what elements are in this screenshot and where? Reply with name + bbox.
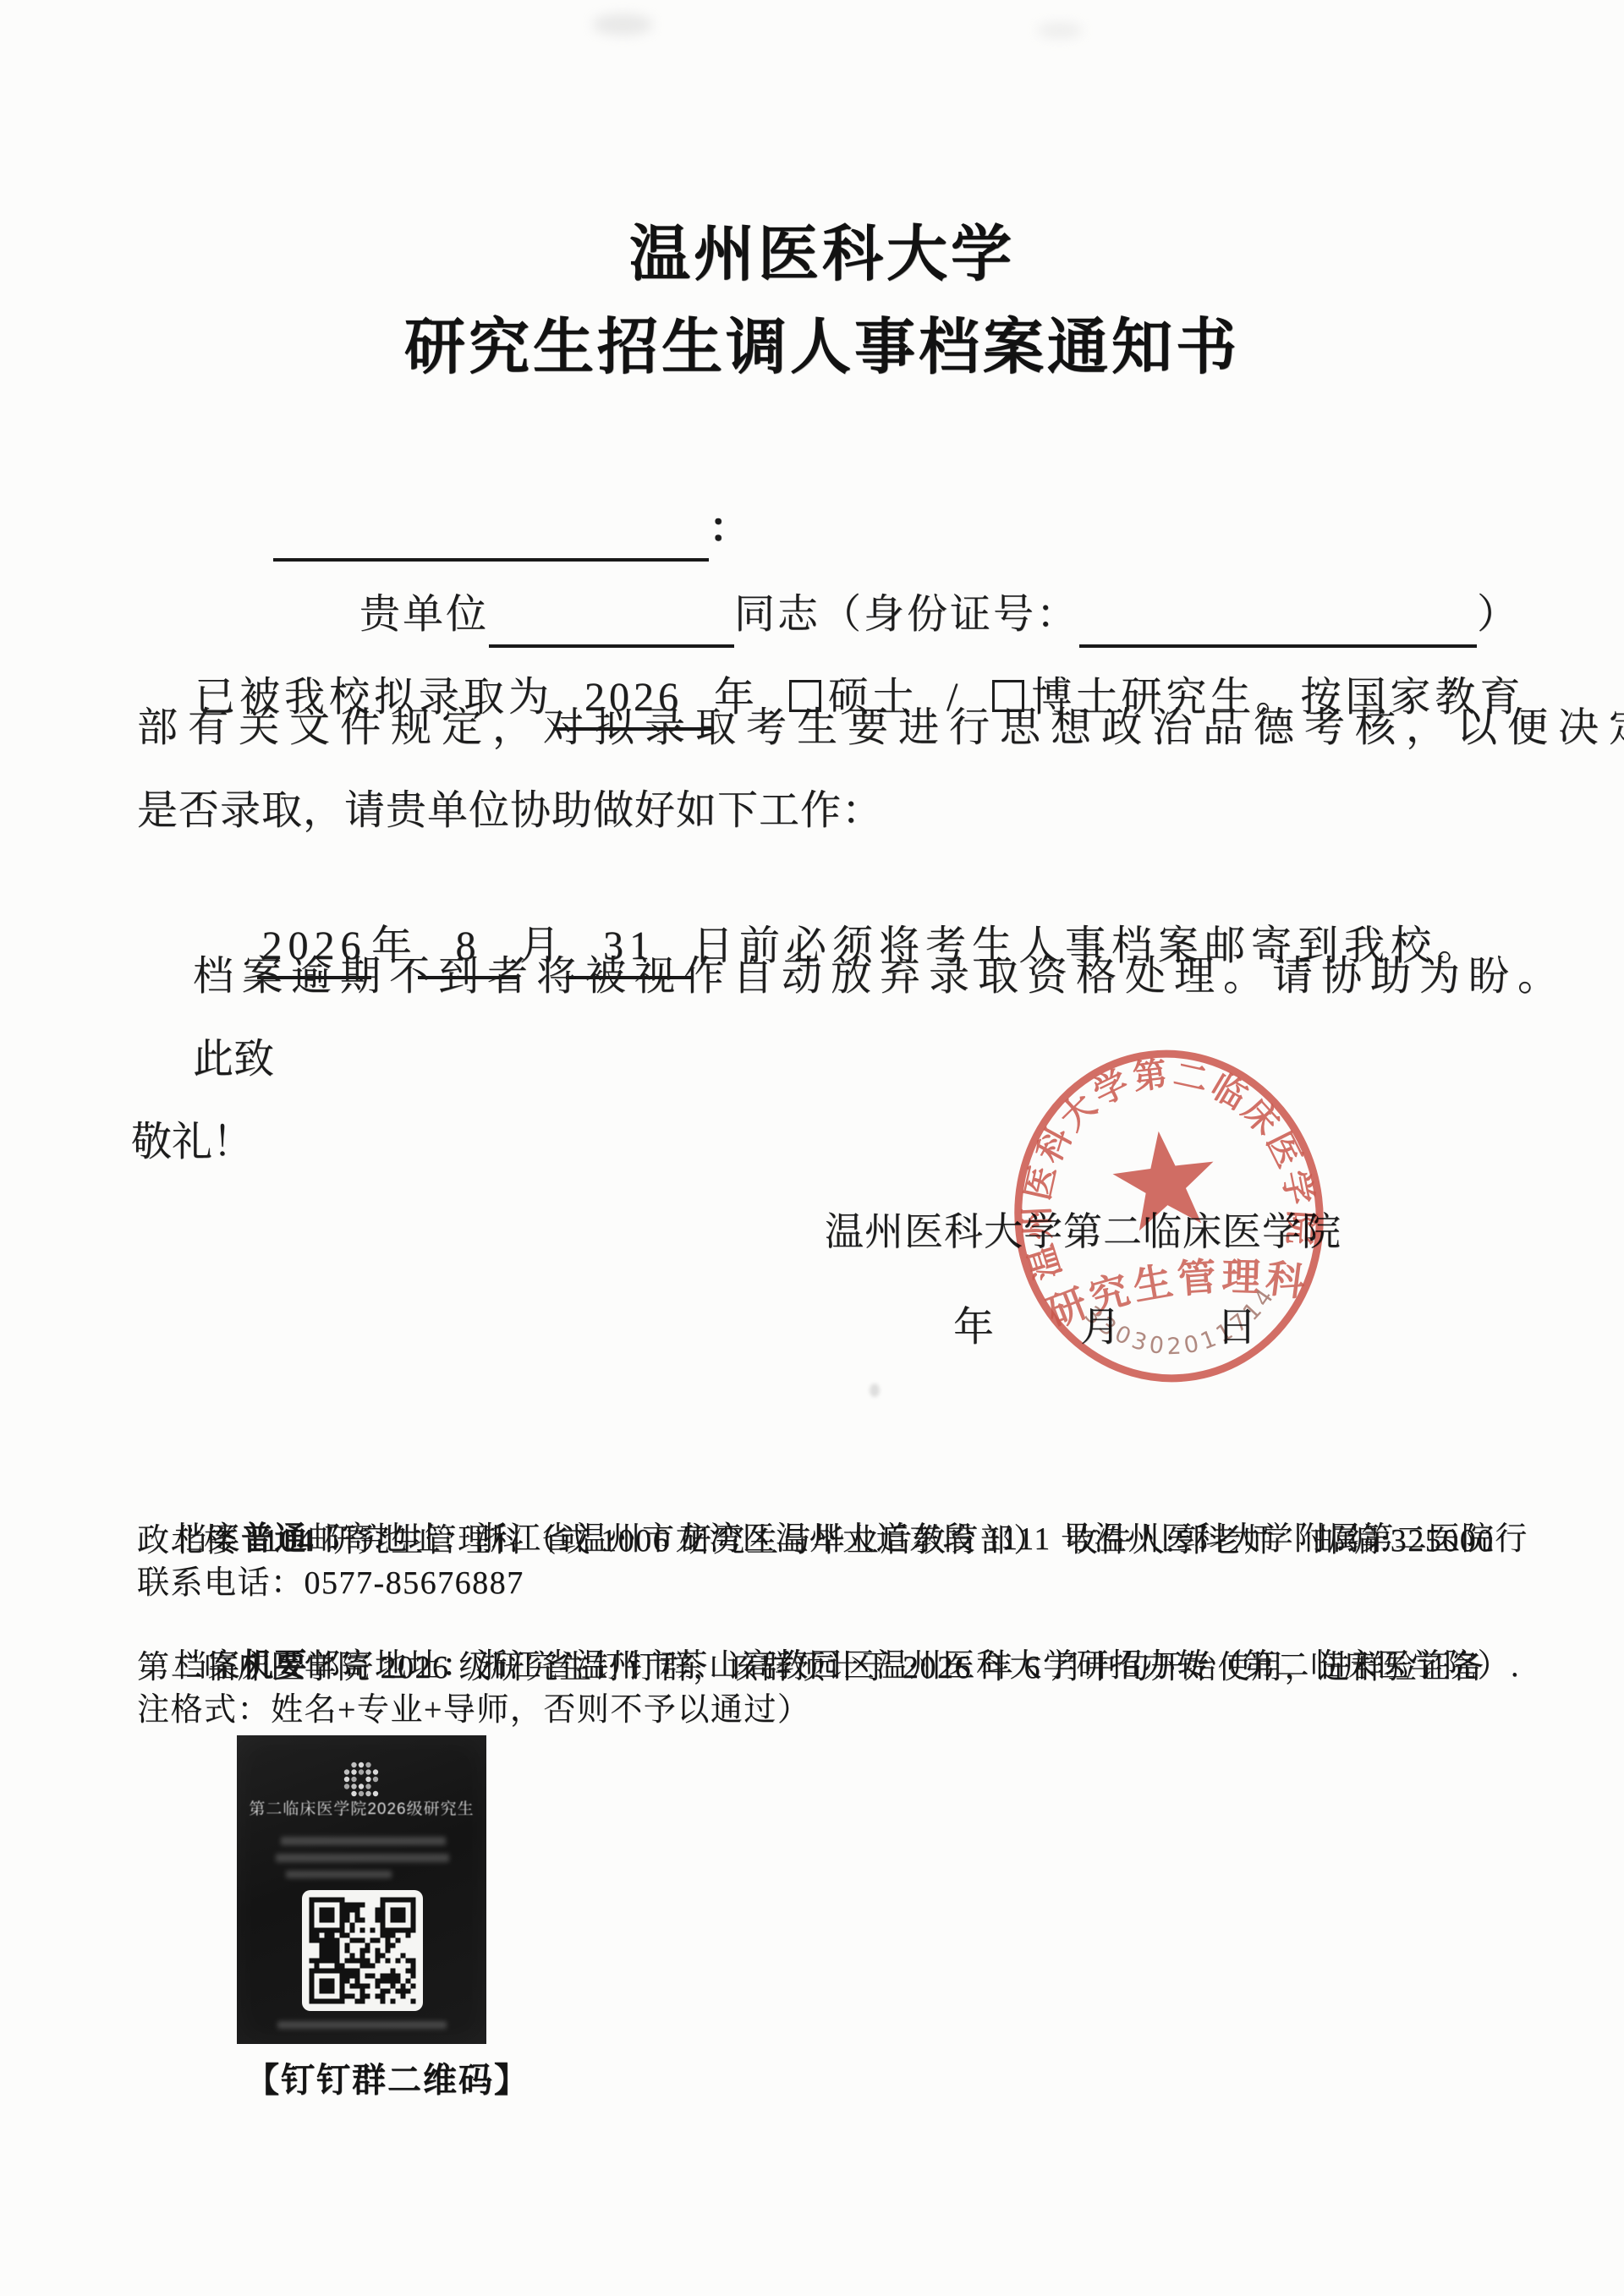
seal-center-text: 研究生管理科 xyxy=(1039,1241,1317,1336)
scan-smudge xyxy=(592,14,653,36)
footer-line-6: 注格式：姓名+专业+导师，否则不予以通过） xyxy=(137,1690,810,1730)
date-year-label: 年 xyxy=(953,1294,994,1352)
dingtalk-logo-icon xyxy=(341,1759,381,1800)
para-line-3: 是否录取，请贵单位协助做好如下工作： xyxy=(137,785,883,837)
qr-card-title: 第二临床医学院2026级研究生 xyxy=(237,1796,486,1819)
scanned-notice-page: 温州医科大学 研究生招生调人事档案通知书 ： 贵单位 同志（身份证号： ） 已被… xyxy=(0,0,1624,2296)
footer-line-3: 联系电话：0577-85676887 xyxy=(137,1563,524,1603)
scan-smudge xyxy=(1037,22,1083,39)
blurred-text-bar xyxy=(277,2021,447,2029)
para-line-4: 档案逾期不到者将被视作自动放弃录取资格处理。请协助为盼。 xyxy=(193,951,1566,1003)
admit-line: 已被我校拟录取为2026年 硕士 / 博士研究生。按国家教育 xyxy=(137,619,1524,783)
qr-caption: 【钉钉群二维码】 xyxy=(245,2053,529,2101)
official-seal: 温州医科大学第二临床医学院 研究生管理科 330302011714 xyxy=(970,1010,1368,1422)
closing-cizhi: 此致 xyxy=(193,1033,274,1086)
dingtalk-qr-card: 第二临床医学院2026级研究生 xyxy=(237,1735,486,2044)
blurred-text-bar xyxy=(281,1837,446,1845)
page-title-line2: 研究生招生调人事档案通知书 xyxy=(10,298,1624,386)
closing-jingli: 敬礼！ xyxy=(131,1116,253,1169)
blurred-text-bar xyxy=(276,1854,449,1862)
scan-smudge xyxy=(870,1384,880,1397)
footer-line-2: 政北楼 1104 研究生管理科（或 1006 研究生与毕业后教育部） 收件人:郭… xyxy=(137,1521,1495,1561)
page-title-line1: 温州医科大学 xyxy=(10,205,1624,293)
seal-star-icon xyxy=(1108,1125,1221,1233)
blurred-text-bar xyxy=(286,1871,392,1878)
footer-line-5: 第二临床医学院 2026 级研究生钉钉群，该群预计于 2026 年 6 月中旬开… xyxy=(137,1647,1485,1688)
deadline-line: 2026年8月31日前必须将考生人事档案邮寄到我校。 xyxy=(193,868,1484,1032)
para-line-2: 部有关文件规定，对拟录取考生要进行思想政治品德考核，以便决定 xyxy=(137,702,1624,754)
qr-code xyxy=(302,1890,423,2011)
svg-text:研究生管理科: 研究生管理科 xyxy=(1039,1241,1317,1336)
